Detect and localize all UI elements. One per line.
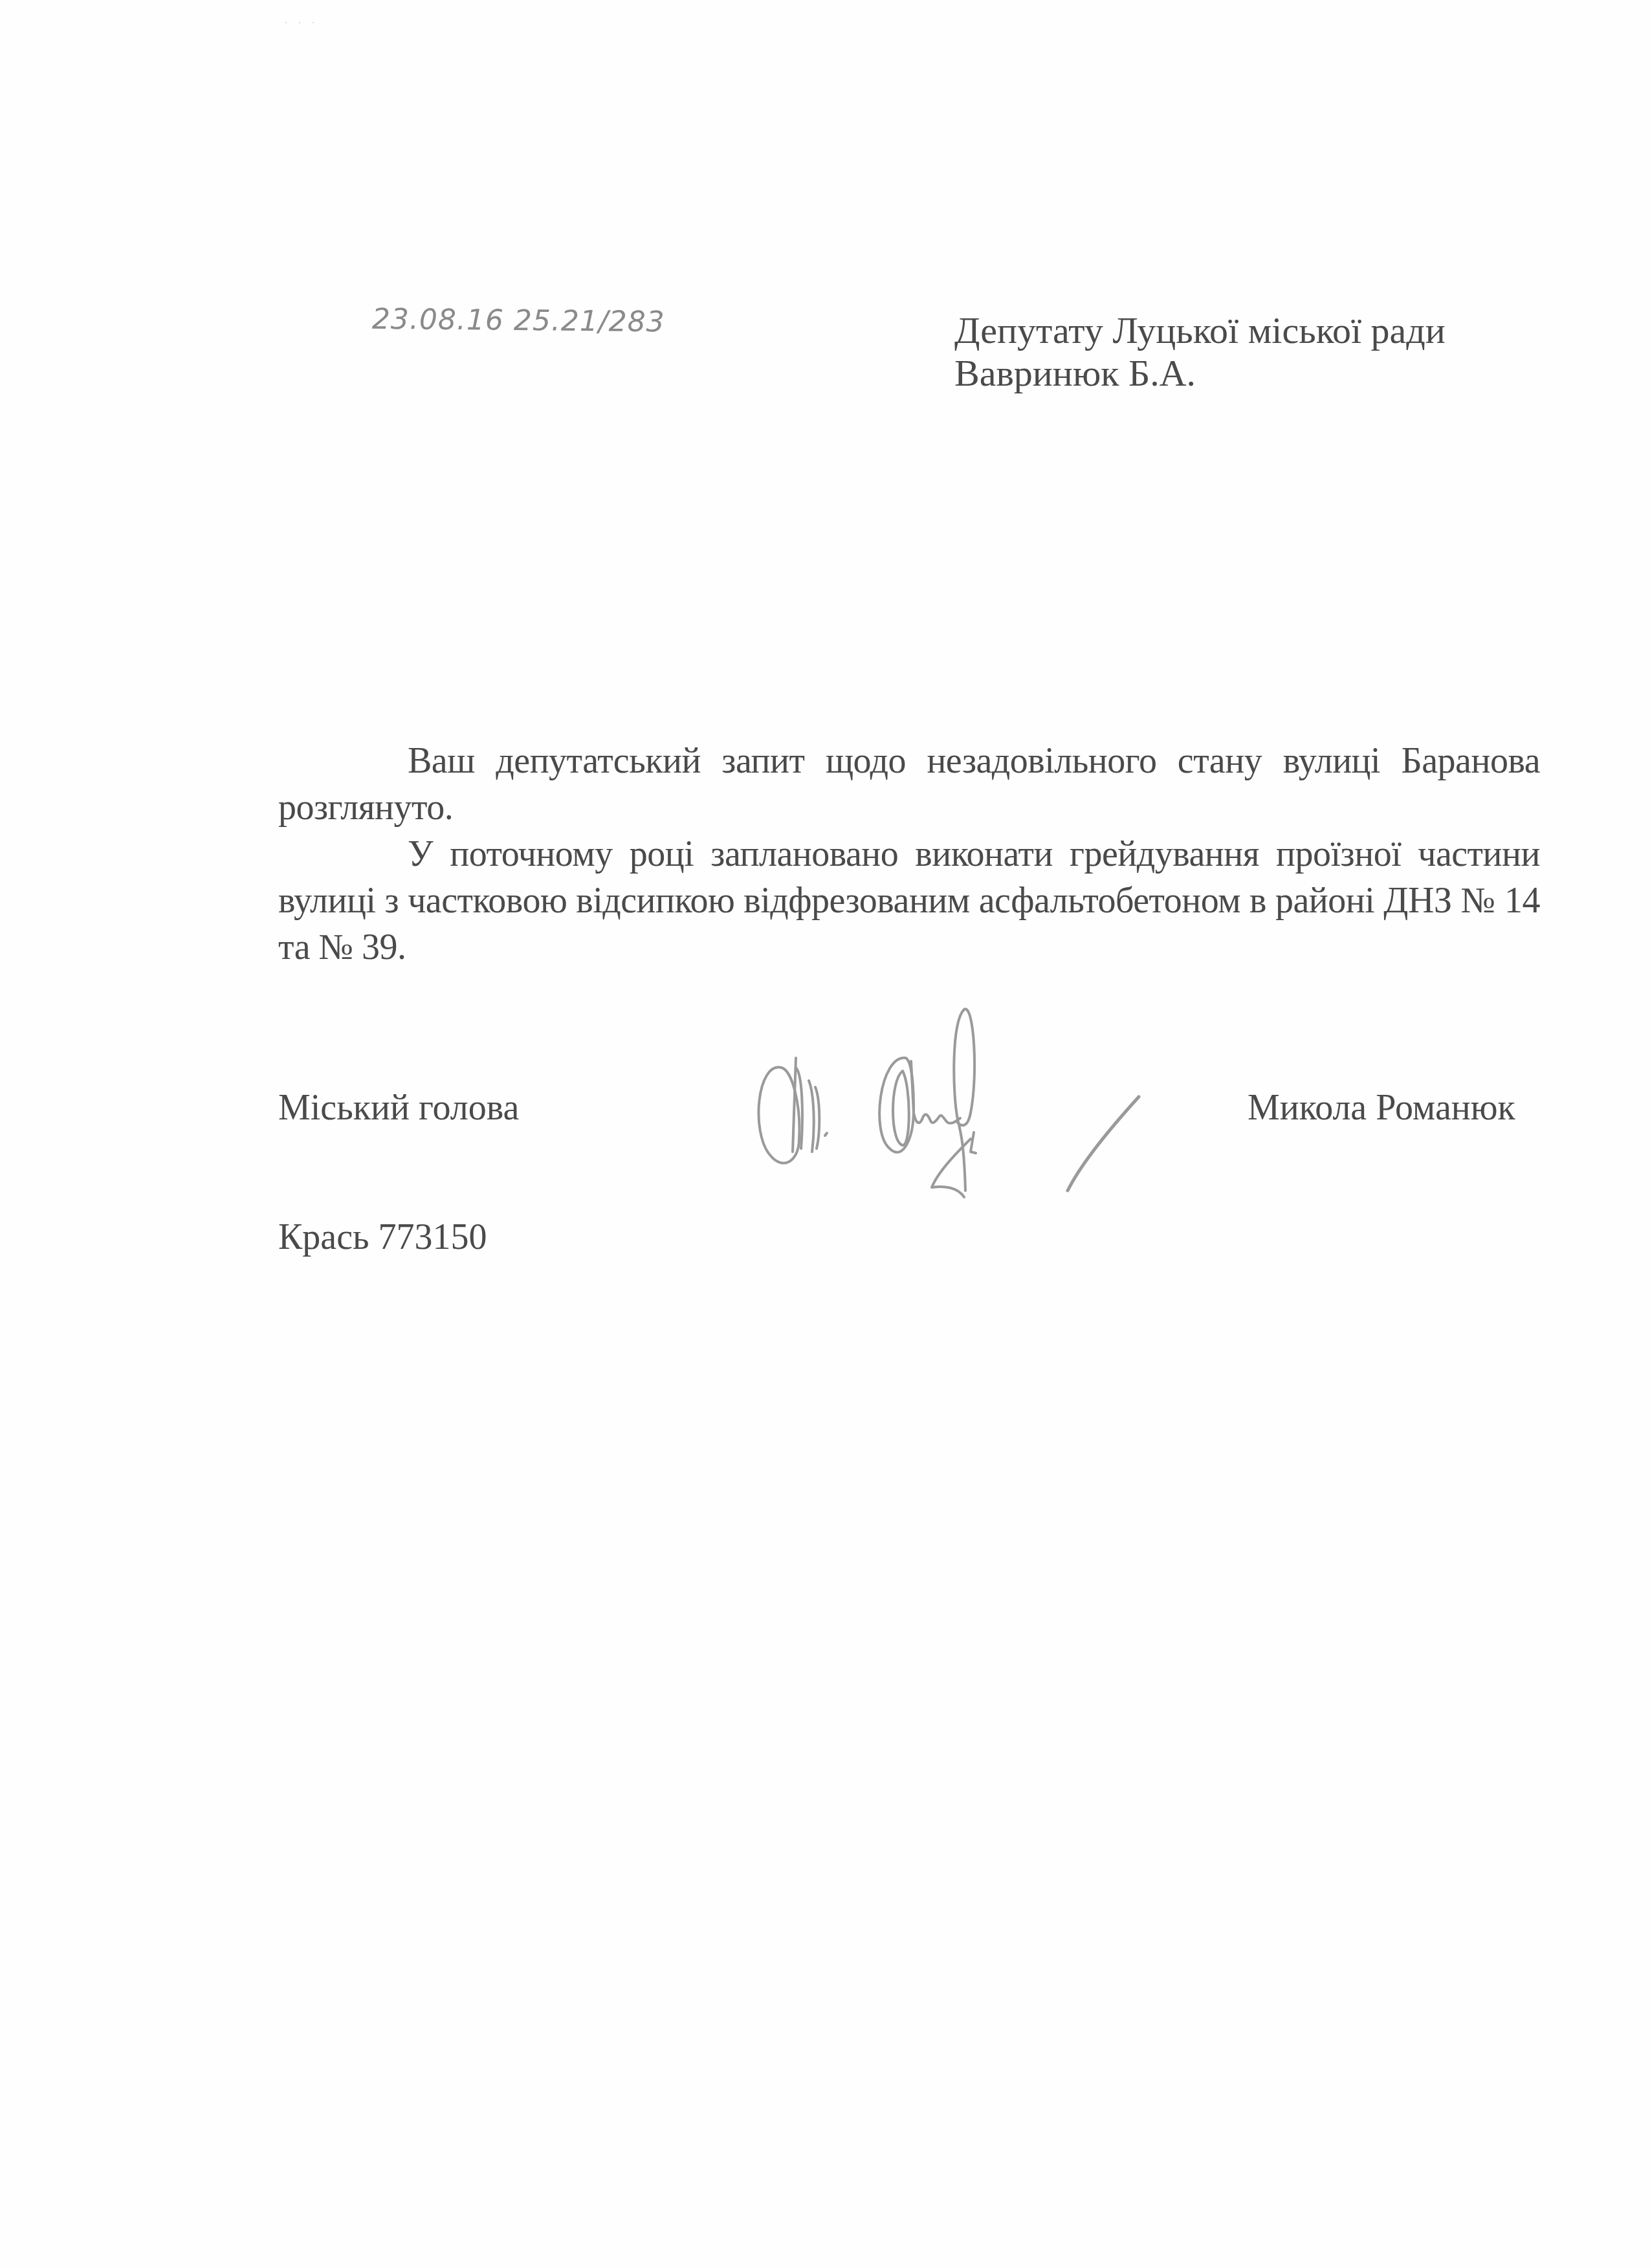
addressee-block: Депутату Луцької міської ради Вавринюк Б… bbox=[954, 309, 1446, 395]
body-paragraph: Ваш депутатський запит щодо незадовільно… bbox=[278, 738, 1540, 831]
signatory-name: Микола Романюк bbox=[1248, 1087, 1515, 1128]
handwritten-registration-number: 23.08.16 25.21/283 bbox=[372, 303, 665, 339]
letter-page: · · · 23.08.16 25.21/283 Депутату Луцько… bbox=[0, 0, 1650, 2268]
addressee-name: Вавринюк Б.А. bbox=[954, 352, 1446, 395]
executor-contact: Крась 773150 bbox=[278, 1217, 487, 1258]
handwritten-signature-icon bbox=[744, 984, 1275, 1217]
signatory-position: Міський голова bbox=[278, 1087, 519, 1128]
addressee-position: Депутату Луцької міської ради bbox=[954, 309, 1446, 352]
body-paragraph: У поточному році заплановано виконати гр… bbox=[278, 831, 1540, 971]
letter-body: Ваш депутатський запит щодо незадовільно… bbox=[278, 738, 1540, 971]
scan-artifacts: · · · bbox=[285, 18, 375, 31]
